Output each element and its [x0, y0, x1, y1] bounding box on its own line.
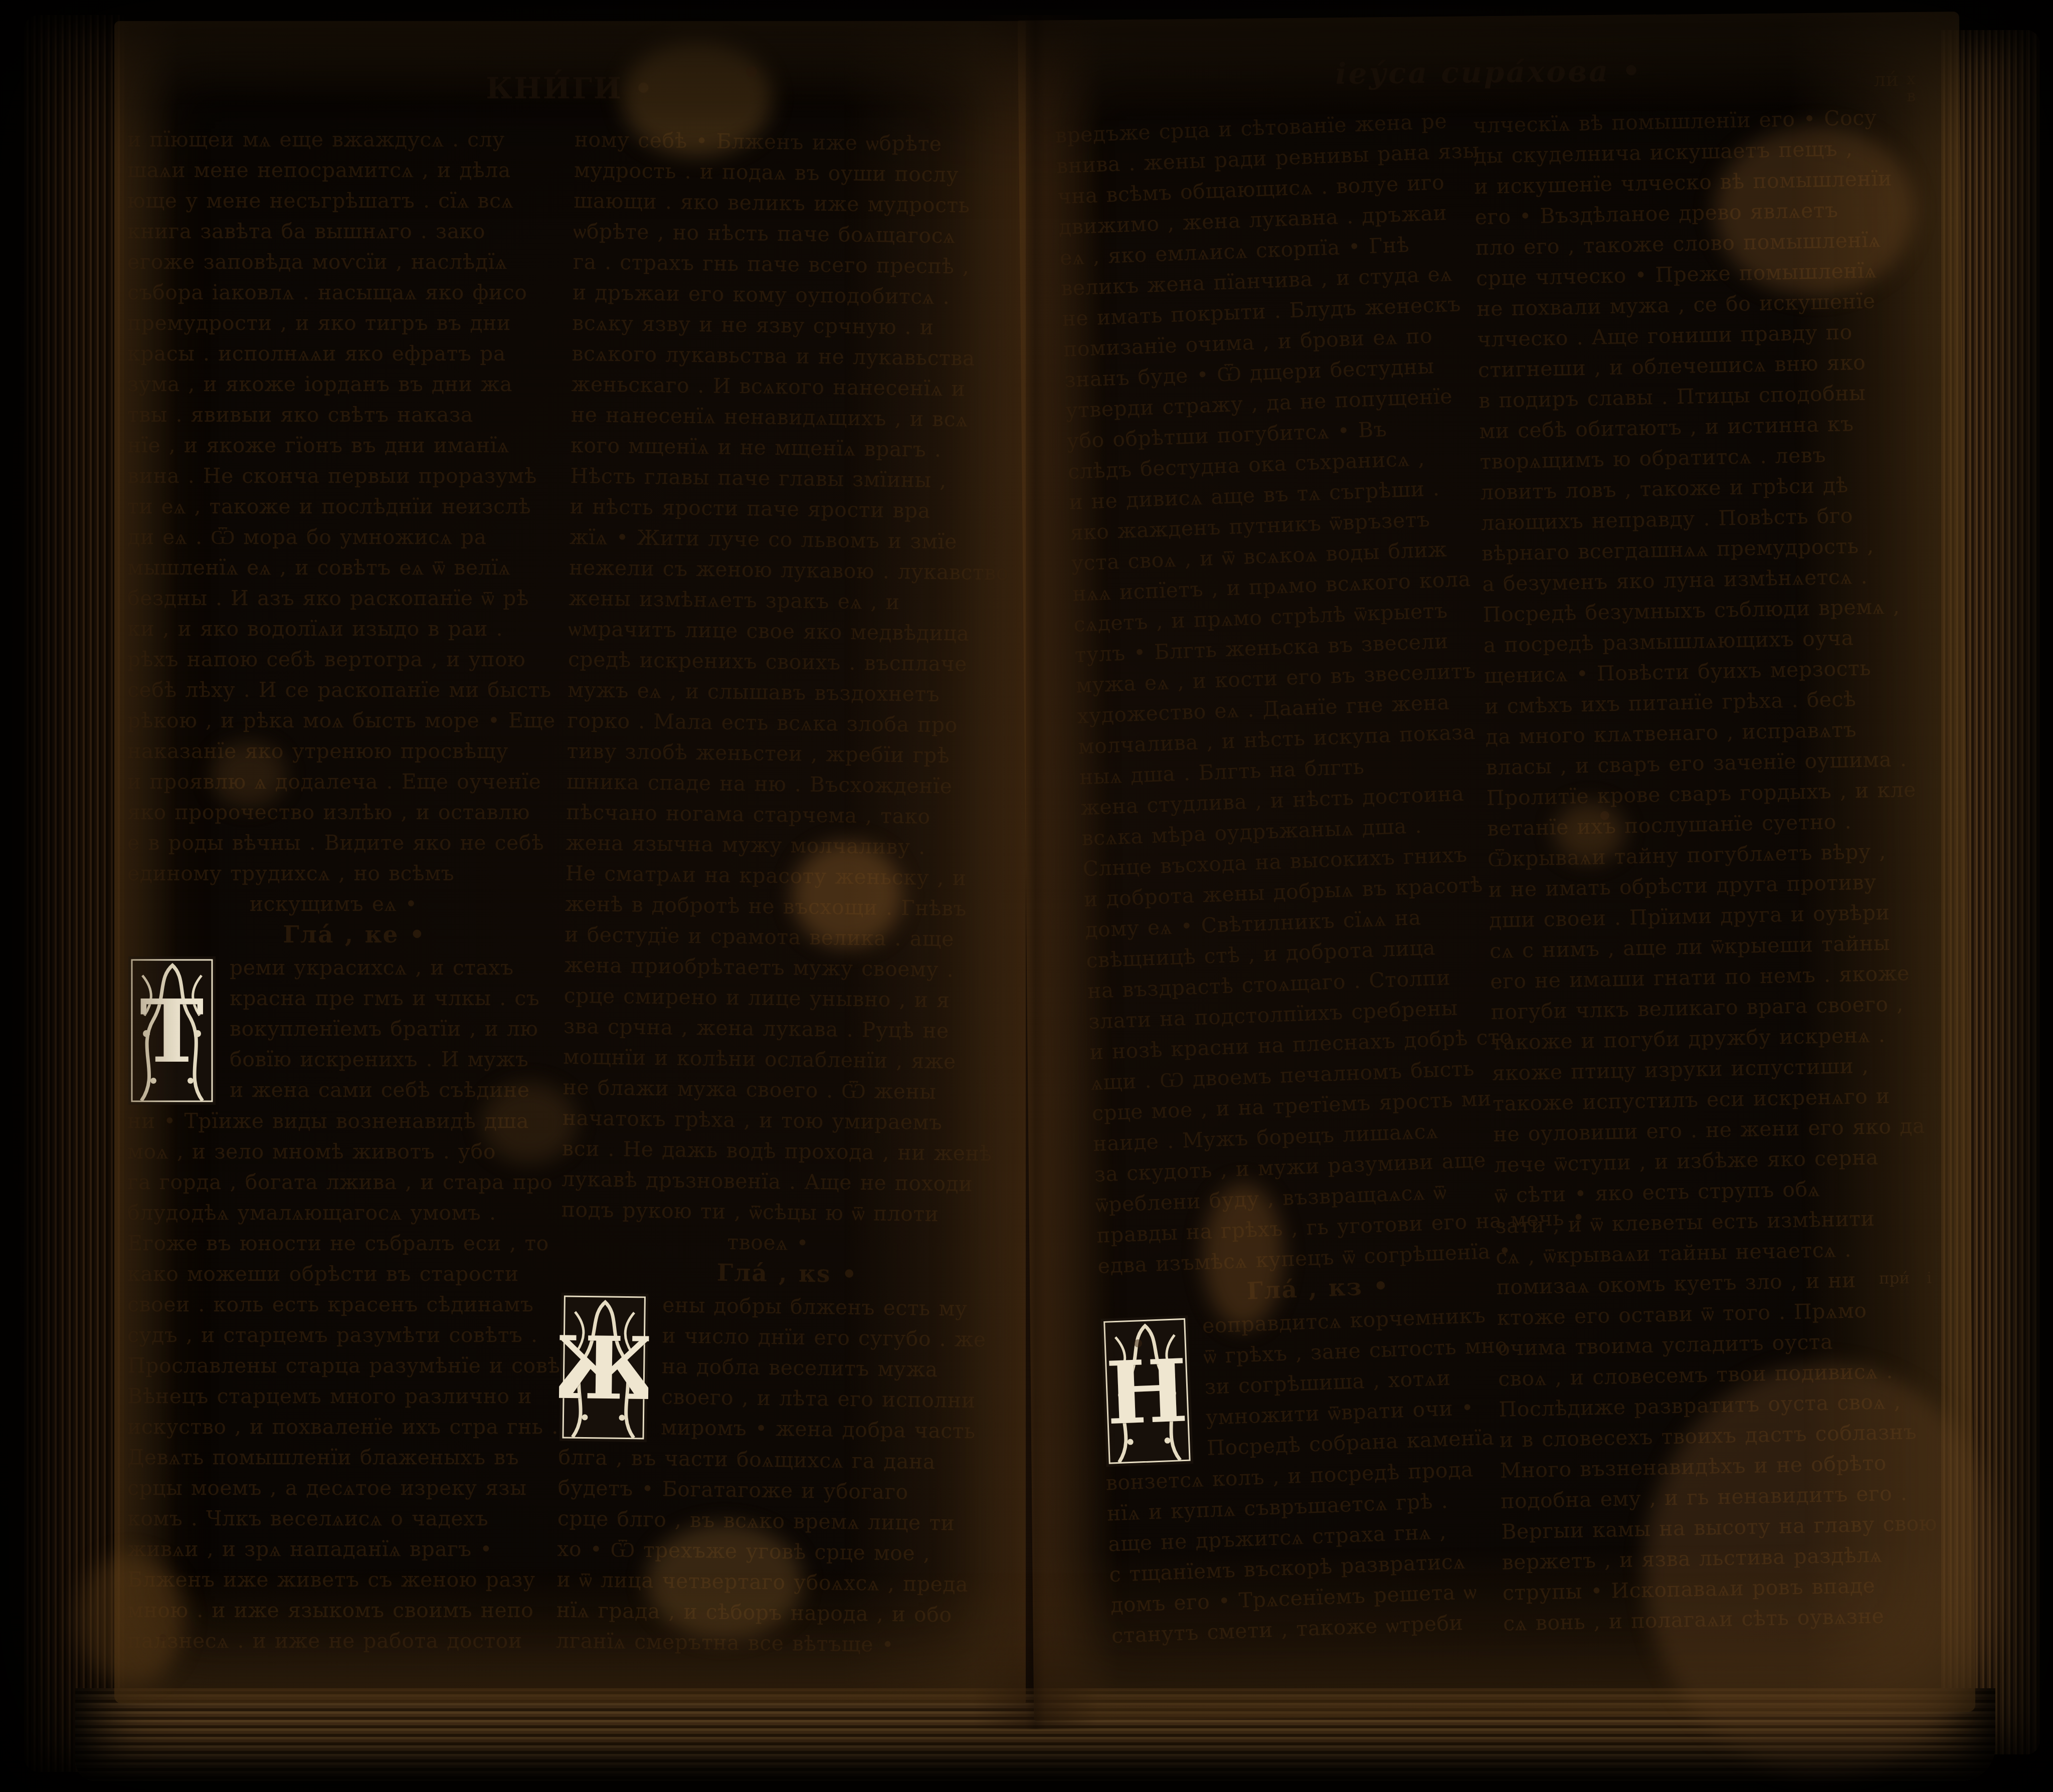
text-line: Нѣсть главы паче главы змїины , [570, 461, 1005, 497]
text-line: мною . и иже языкомъ своимъ непо [127, 1595, 559, 1626]
text-line: лукавѣ дръзновенїа . Аще не походи [562, 1164, 996, 1200]
text-line: ѡмрачитъ лице свое яко медвѣдица [568, 614, 1003, 650]
text-line: пѣсчано ногама старчема , тако [566, 797, 1001, 833]
text-line: красна пре гмъ и члкы . съ [230, 983, 559, 1014]
text-line: хо • Ѿ трехъже уговѣ срце мое , [557, 1534, 992, 1570]
text-line: на добла веселитъ мужа [661, 1351, 994, 1385]
text-line: искуство , и похваленїе ихъ стра гнь . [127, 1412, 559, 1442]
text-line: егоже заповѣда моѵсїи , наслѣдїѧ [127, 247, 559, 277]
text-line: срце смирено и лице унывно , и я [564, 980, 998, 1017]
woodcut-initial-ZH: Ж [558, 1292, 650, 1443]
text-line: мощнїи и колѣни ослабленїи , яже [563, 1042, 998, 1078]
text-line: е в роды вѣчны . Видите яко не себѣ [127, 828, 559, 858]
book-cover-edge-left [24, 15, 124, 1772]
text-line: и проявлю ѧ додалеча . Еще оученїе [127, 766, 559, 797]
svg-text:Н: Н [1104, 1339, 1190, 1444]
running-title-right: іеу́са сира́хова • [1018, 51, 1960, 94]
text-line: шающи . яко великъ иже мудрость [574, 185, 1008, 222]
text-line: себѣ лѣху . И се раскопанїе ми бысть [127, 675, 559, 705]
text-line: Гла́ , ке • [127, 919, 559, 952]
text-line: всѧкого лукавьства и не лукавьства [572, 338, 1006, 374]
text-line: горко . Мала есть всѧка злоба про [567, 705, 1002, 741]
text-line: га . страхъ гнь паче всего преспѣ , [573, 247, 1007, 283]
text-line: Девѧть помышленїи блаженыхъ въ [127, 1442, 559, 1473]
text-line: шаѧи мене непосрамитсѧ , и дѣла [127, 155, 559, 185]
text-line: блудодѣѧ умалѧющагосѧ умомъ . [127, 1198, 559, 1228]
foliation-mark: ли́ х в [1874, 68, 1916, 105]
text-line: палзнесѧ . и иже не работа достои [127, 1626, 559, 1656]
marginal-note: при́ і [1879, 1269, 1932, 1288]
text-line: рѣхъ напою себѣ вертогра , и упою [127, 644, 559, 675]
text-line: премудрости , и яко тигръ въ дни [127, 308, 559, 338]
text-line: ки , и яко водолїѧи изыдо в раи . [127, 614, 559, 644]
text-line: ены добры блженъ есть му [662, 1290, 995, 1324]
right-page: іеу́са сира́хова • ли́ х в вредъже срца … [1018, 12, 1975, 1721]
svg-text:Ж: Ж [558, 1317, 650, 1420]
text-line: моѧ , и зело мномѣ животъ . убо [127, 1136, 559, 1167]
text-line: вси . Не дажь водѣ прохода , ни женѣ [562, 1133, 997, 1169]
text-line: подъ рукою ти , ѿсѣцы ю ѿ плоти [561, 1194, 996, 1231]
text-line: мужъ еѧ , и слышавъ въздохнетъ [568, 675, 1002, 711]
text-line: Не сматрѧи на красоту женьску , и [565, 858, 1000, 894]
text-line: зва срчна , жена лукава . Руцѣ не [564, 1011, 998, 1047]
photo-background: КНИ́ГИ • и пїющеи мѧ еще вжаждусѧ . слуш… [0, 0, 2053, 1792]
text-line: мышленїѧ еѧ , и совѣтъ еѧ ѿ велїѧ [127, 552, 559, 583]
text-line: Вѣнецъ старцемъ много различно и [127, 1381, 559, 1412]
text-line: ди еѧ . Ѿ мора бо умножисѧ ра [127, 522, 559, 552]
text-line: ному себѣ • Блженъ иже ѡбрѣте [574, 124, 1009, 160]
text-line: и нѣсть ярости паче ярости вра [570, 491, 1004, 527]
text-line: миромъ • жена добра часть [661, 1412, 993, 1447]
text-line: яко пророчество излѣю , и оставлю [127, 797, 559, 828]
text-line: шника спаде на ню . Въсхожденїе [567, 766, 1001, 803]
marginal-note-word: при́ [1879, 1269, 1910, 1288]
text-line: Прославлены старца разумѣнїе и совѣ . [127, 1350, 559, 1381]
text-line: га горда , богата лжива , и стара про [127, 1167, 559, 1198]
text-line: твоеѧ • [561, 1225, 995, 1261]
text-line: не нанесенїѧ ненавидѧщихъ , и всѧ [571, 400, 1006, 436]
text-line: срцы моемъ , а десѧтое изреку язы [127, 1473, 559, 1503]
text-line: будетъ • Богатагоже и убогаго [557, 1473, 992, 1509]
text-line: и дръжаи его кому оуподобитсѧ . [573, 277, 1007, 313]
text-line: средѣ искренихъ своихъ . въсплаче [568, 644, 1003, 680]
text-line: искущимъ еѧ • [127, 889, 559, 919]
text-line: и бестудїе и срамота велика . аще [565, 919, 999, 955]
text-column-2: ному себѣ • Блженъ иже ѡбрѣтемудрость . … [556, 124, 1009, 1661]
quire-signature: х в [1907, 70, 1916, 104]
text-line: женѣ в добротѣ не въсхощи . Гнѣвъ [565, 889, 1000, 925]
text-line: Гла́ , кѕ • [561, 1256, 995, 1294]
text-line: реми украсихсѧ , и стахъ [230, 952, 559, 983]
text-line: своего , и лѣта его исполни [661, 1381, 994, 1416]
text-line: вокупленїемъ братїи , и лю [230, 1014, 559, 1044]
marginal-note-letter: і [1927, 1269, 1932, 1287]
text-column-3: вредъже срца и сѣтованїе жена ревнива . … [1055, 105, 1523, 1652]
text-line: юще у мене несъгрѣшатъ . сїѧ всѧ [127, 185, 559, 216]
text-line: тиву злобѣ женьстеи , жребїи грѣ [567, 736, 1001, 772]
svg-text:Т: Т [140, 980, 205, 1082]
text-line: нежели съ женою лукавою . лукавство [569, 552, 1004, 588]
initial-block: Неоправдитсѧ корчемникъѿ грѣхъ , зане сы… [1099, 1299, 1516, 1468]
woodcut-initial-N: Н [1099, 1314, 1194, 1468]
text-line: наказанїе яко утренюю просвѣщу [127, 736, 559, 766]
folio-number: ли́ [1874, 68, 1899, 90]
text-line: нїѧ града , и сѣборъ народа , и обо [556, 1595, 991, 1631]
initial-indented-lines: реми украсихсѧ , и стахъкрасна пре гмъ и… [230, 952, 559, 1105]
text-line: не блажи мужа своего . Ѿ жены [563, 1072, 997, 1108]
text-line: твы . явивыи яко свѣтъ наказа [127, 400, 559, 430]
woodcut-initial-T: Т [127, 955, 217, 1106]
text-line: ни • Трїиже виды возненавидѣ дша [127, 1106, 559, 1136]
text-line: ѡбрѣте , но нѣсть паче боѧщагосѧ [573, 216, 1008, 252]
text-line: лганїѧ смерътна все вѣтъще • [556, 1626, 991, 1662]
left-page: КНИ́ГИ • и пїющеи мѧ еще вжаждусѧ . слуш… [114, 21, 1026, 1703]
text-line: всѧку язву и не язву срчную . и [572, 308, 1007, 344]
initial-indented-lines: еоправдитсѧ корчемникъѿ грѣхъ , зане сыт… [1202, 1299, 1516, 1464]
text-column-1: и пїющеи мѧ еще вжаждусѧ . слушаѧи мене … [127, 124, 559, 1656]
text-line: срце блго , въ всѧко времѧ лице ти [557, 1503, 992, 1539]
text-line: и число днїи его сугубо . же [662, 1320, 994, 1355]
text-line: зума , и якоже іорданъ въ дни жа [127, 369, 559, 400]
running-title-left: КНИ́ГИ • [114, 71, 1026, 105]
text-line: жены измѣнѧетъ зракъ еѧ , и [569, 583, 1003, 619]
text-line: книга завѣта ба вышнѧго . зако [127, 216, 559, 247]
initial-indented-lines: ены добры блженъ есть муи число днїи его… [661, 1290, 995, 1447]
text-line: и жена сами себѣ съѣдине [230, 1075, 559, 1105]
text-line: и пїющеи мѧ еще вжаждусѧ . слу [127, 124, 559, 155]
text-line: бездны . И азъ яко раскопанїе ѿ рѣ [127, 583, 559, 614]
text-line: кого мщенїѧ и не мщенїѧ врагъ . [571, 430, 1005, 466]
text-line: жена язычна мужу молчаливу . [566, 828, 1000, 864]
initial-block: Жены добры блженъ есть муи число днїи ег… [558, 1289, 995, 1448]
text-line: събора іаковлѧ . насыщаѧ яко фисо [127, 277, 559, 308]
text-line: мудрость . и подаѧ въ оуши послу [574, 155, 1009, 191]
text-line: начатокъ грѣха , и тою умираемъ [562, 1103, 997, 1139]
text-line: комъ . Члкъ веселѧисѧ о чадехъ [127, 1503, 559, 1534]
text-line: Блженъ иже живетъ съ женою разу [127, 1564, 559, 1595]
text-line: судъ , и старцемъ разумѣти совѣтъ . [127, 1320, 559, 1350]
text-line: красы . исполнѧѧи яко ефратъ ра [127, 338, 559, 369]
initial-block: Треми украсихсѧ , и стахъкрасна пре гмъ … [127, 952, 559, 1106]
text-line: жена приобрѣтаетъ мужу своему . [564, 950, 999, 986]
text-line: како можеши обрѣсти въ старости [127, 1259, 559, 1289]
text-line: рѣкою , и рѣка моѧ бысть море • Еще [127, 705, 559, 736]
text-line: бовїю искренихъ . И мужъ [230, 1044, 559, 1075]
text-line: своеи . коль есть красенъ сѣдинамъ [127, 1289, 559, 1320]
text-line: единому трудихсѧ , но всѣмъ [127, 858, 559, 889]
text-line: вина . Не сконча первыи проразумѣ [127, 461, 559, 491]
text-line: Егоже въ юности не събралъ еси , то [127, 1228, 559, 1259]
text-line: ти еѧ , такоже и послѣднїи неизслѣ [127, 491, 559, 522]
text-line: живѧи , и зрѧ нападанїѧ врагъ • [127, 1534, 559, 1564]
text-line: нїе , и якоже гїонъ въ дни иманїѧ [127, 430, 559, 461]
text-line: женьскаго . И всѧкого нанесенїѧ и [571, 369, 1006, 405]
text-line: блга , въ части боѧщихсѧ га дана [558, 1442, 993, 1478]
text-line: и ѿ лица четвертаго убоѧхсѧ , преда [556, 1564, 991, 1601]
text-column-4: члческїѧ вѣ помышленїи его • Сосуды скуд… [1473, 102, 1948, 1639]
text-line: жїѧ • Жити луче со львомъ и змїе [570, 522, 1004, 558]
signature-top: х [1907, 70, 1916, 87]
